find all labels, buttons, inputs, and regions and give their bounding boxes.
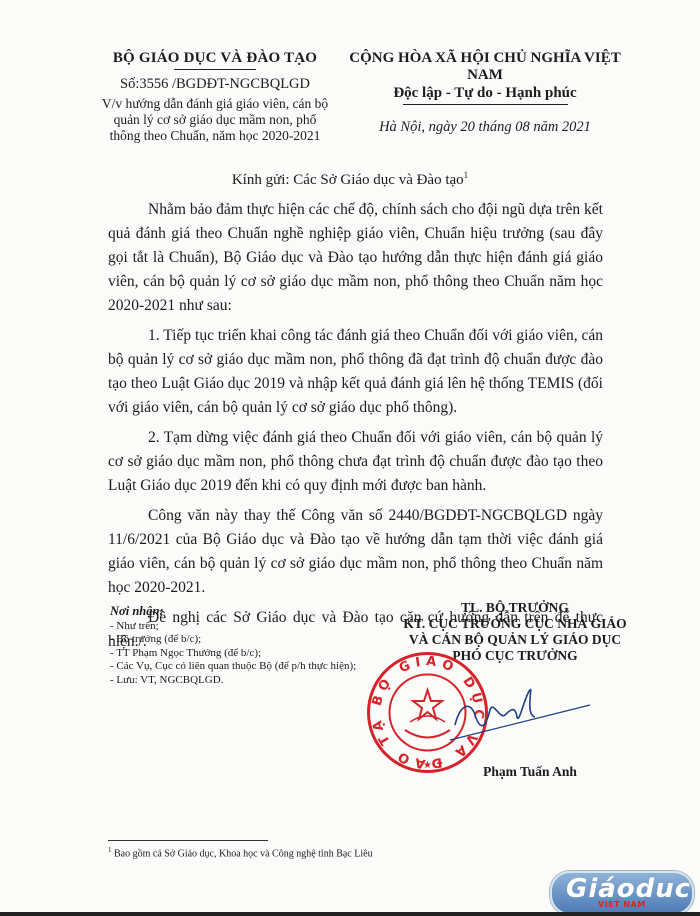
subject-line: V/v hướng dẫn đánh giá giáo viên, cán bộ [100,96,330,112]
document-subject: V/v hướng dẫn đánh giá giáo viên, cán bộ… [100,96,330,144]
salutation: Kính gửi: Các Sở Giáo dục và Đào tạo1 [0,170,700,189]
signature-line: TL. BỘ TRƯỞNG [370,600,660,616]
body-text: Nhằm bảo đảm thực hiện các chế độ, chính… [108,198,603,660]
divider [174,69,256,70]
nation-title: CỘNG HÒA XÃ HỘI CHỦ NGHĨA VIỆT NAM [330,50,640,84]
bottom-border [0,912,700,916]
footnote-text: Bao gồm cả Sở Giáo dục, Khoa học và Công… [114,848,373,859]
body-paragraph: 2. Tạm dừng việc đánh giá theo Chuẩn đối… [108,426,603,498]
body-paragraph: Nhằm bảo đảm thực hiện các chế độ, chính… [108,198,603,318]
recipient-item: - TT Phạm Ngọc Thưởng (để b/c); [110,647,360,661]
recipients-title: Nơi nhận: [110,605,360,619]
national-motto: Độc lập - Tự do - Hạnh phúc [330,85,640,102]
dateline: Hà Nội, ngày 20 tháng 08 năm 2021 [330,119,640,136]
recipient-item: - Lưu: VT, NGCBQLGD. [110,674,360,688]
salutation-text: Kính gửi: Các Sở Giáo dục và Đào tạo [232,172,464,188]
footnote-divider [108,840,268,841]
signature-line: VÀ CÁN BỘ QUẢN LÝ GIÁO DỤC [370,632,660,648]
recipient-item: - Bộ trưởng (để b/c); [110,633,360,647]
subject-line: quản lý cơ sở giáo dục mầm non, phổ [100,112,330,128]
recipients-list: Nơi nhận: - Như trên; - Bộ trưởng (để b/… [110,605,360,687]
footnote-mark: 1 [108,846,112,854]
body-paragraph: 1. Tiếp tục triển khai công tác đánh giá… [108,324,603,420]
divider [403,104,568,105]
watermark-sub: VIET NAM [598,900,646,909]
subject-line: thông theo Chuẩn, năm học 2020-2021 [100,128,330,144]
issuer-header: BỘ GIÁO DỤC VÀ ĐÀO TẠO Số:3556 /BGDĐT-NG… [100,50,330,144]
recipient-item: - Các Vụ, Cục có liên quan thuộc Bộ (để … [110,660,360,674]
giaoduc-watermark-logo: Giáoduc VIET NAM [550,871,694,915]
national-header: CỘNG HÒA XÃ HỘI CHỦ NGHĨA VIỆT NAM Độc l… [330,50,640,136]
footnote: 1 Bao gồm cả Sở Giáo dục, Khoa học và Cô… [108,846,373,859]
recipient-item: - Như trên; [110,620,360,634]
handwritten-signature-icon [445,685,595,745]
footnote-mark: 1 [464,170,469,180]
ministry-name: BỘ GIÁO DỤC VÀ ĐÀO TẠO [100,50,330,67]
body-paragraph: Công văn này thay thế Công văn số 2440/B… [108,504,603,600]
signature-line: KT. CỤC TRƯỞNG CỤC NHÀ GIÁO [370,616,660,632]
signer-name: Phạm Tuấn Anh [430,764,630,780]
document-number: Số:3556 /BGDĐT-NGCBQLGD [100,76,330,93]
